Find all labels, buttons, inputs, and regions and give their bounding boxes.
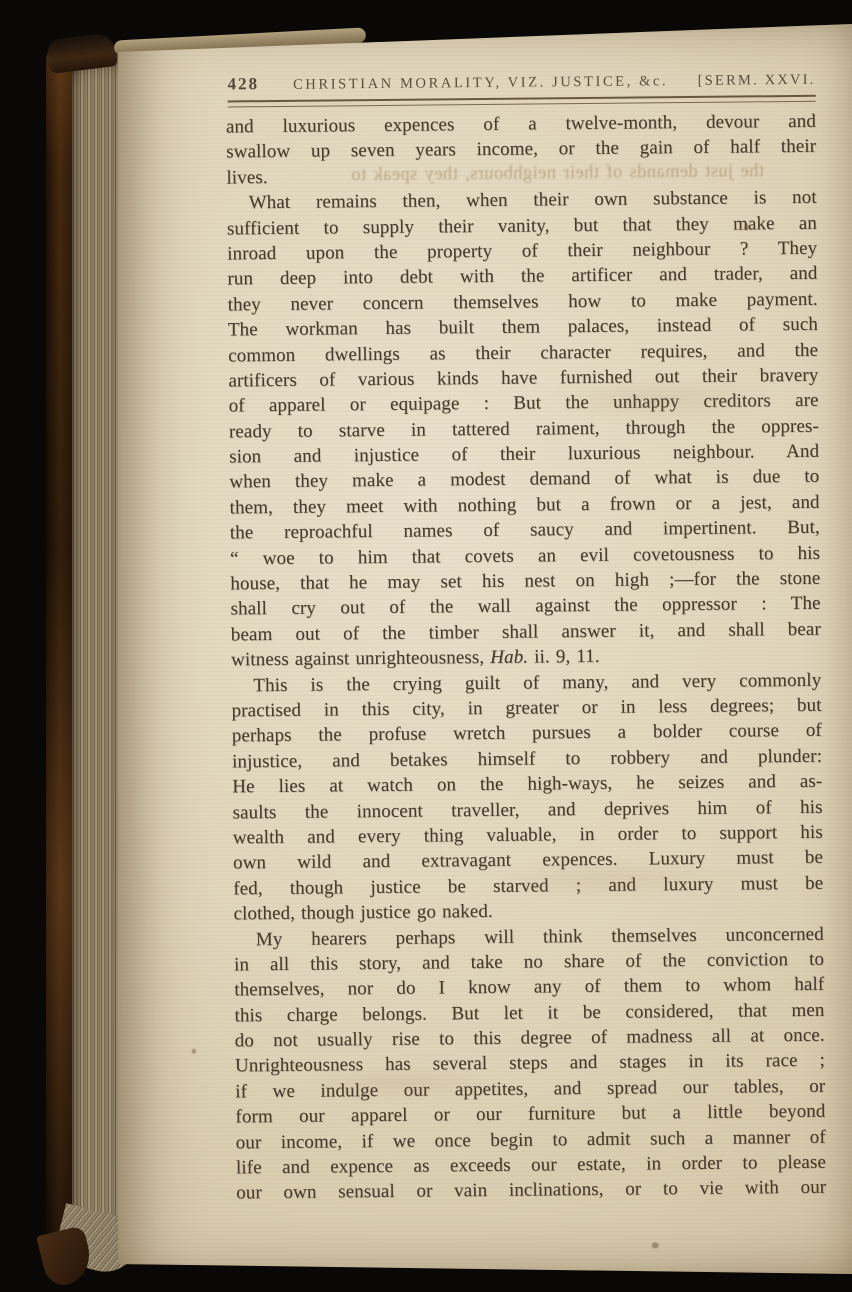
text-line: wealth and every thing valuable, in orde… — [233, 820, 823, 851]
text-segment: do not usually rise to this degree of ma… — [235, 1025, 825, 1052]
showthrough-smudge — [480, 858, 740, 900]
running-header-sermon: [SERM. XXVI. — [698, 72, 816, 90]
text-line: fed, though justice be starved ; and lux… — [233, 870, 823, 901]
text-segment: clothed, though justice go naked. — [233, 901, 492, 924]
text-line: beam out of the timber shall answer it, … — [231, 617, 821, 648]
text-segment: run deep into debt with the artificer an… — [227, 263, 817, 290]
text-line: run deep into debt with the artificer an… — [227, 261, 817, 292]
text-segment: lives. — [226, 167, 267, 188]
text-segment: when they make a modest demand of what i… — [229, 466, 819, 493]
text-line: sufficient to supply their vanity, but t… — [227, 210, 817, 241]
text-line: form our apparel or our furniture but a … — [235, 1099, 825, 1130]
paper-speck — [744, 223, 749, 230]
text-segment: form our apparel or our furniture but a … — [235, 1101, 825, 1128]
text-segment: The workman has built them palaces, inst… — [228, 314, 818, 341]
text-line: life and expence as exceeds our estate, … — [236, 1150, 826, 1181]
text-segment: injustice, and betakes himself to robber… — [232, 746, 822, 773]
text-segment: our own sensual or vain inclinations, or… — [236, 1177, 826, 1204]
paragraph: This is the crying guilt of many, and ve… — [231, 667, 823, 927]
text-segment: artificers of various kinds have furnish… — [228, 365, 818, 392]
paragraph: My hearers perhaps will think themselves… — [234, 921, 827, 1206]
text-segment: “ woe to him that covets an evil covetou… — [230, 542, 820, 569]
text-segment: My hearers perhaps will think themselves… — [256, 923, 824, 949]
text-segment: sion and injustice of their luxurious ne… — [229, 441, 819, 468]
paragraph: and luxurious expences of a twelve-month… — [226, 109, 817, 191]
page-body: and luxurious expences of a twelve-month… — [226, 109, 826, 1206]
text-line: themselves, nor do I know any of them to… — [234, 972, 824, 1003]
paragraph: What remains then, when their own substa… — [227, 185, 822, 673]
header-rule — [228, 95, 816, 108]
text-line: practised in this city, in greater or in… — [231, 693, 821, 724]
paper-speck — [192, 1049, 196, 1054]
text-segment: beam out of the timber shall answer it, … — [231, 619, 821, 646]
text-segment: they never concern themselves how to mak… — [228, 289, 818, 316]
text-line: them, they meet with nothing but a frown… — [230, 490, 820, 521]
text-segment: this charge belongs. But let it be consi… — [234, 999, 824, 1026]
text-line: My hearers perhaps will think themselves… — [234, 921, 824, 952]
text-line: clothed, though justice go naked. — [233, 896, 823, 927]
text-segment: saults the innocent traveller, and depri… — [232, 796, 822, 823]
text-segment: swallow up seven years income, or the ga… — [226, 136, 816, 163]
text-segment: ready to starve in tattered raiment, thr… — [229, 415, 819, 442]
text-line: in all this story, and take no share of … — [234, 947, 824, 978]
text-segment: life and expence as exceeds our estate, … — [236, 1152, 826, 1179]
text-segment: of apparel or equipage : But the unhappy… — [229, 390, 819, 417]
text-segment: if we indulge our appetites, and spread … — [235, 1076, 825, 1103]
text-line: perhaps the profuse wretch pursues a bol… — [232, 718, 822, 749]
running-header: 428 CHRISTIAN MORALITY, VIZ. JUSTICE, &c… — [227, 69, 815, 95]
text-segment: witness against unrighteousness, — [231, 647, 490, 670]
text-segment: own wild and extravagant expences. Luxur… — [233, 847, 823, 874]
text-line: own wild and extravagant expences. Luxur… — [233, 845, 823, 876]
text-segment: the reproachful names of saucy and imper… — [230, 517, 820, 544]
page-edge-stack — [72, 54, 122, 1250]
text-line: our income, if we once begin to admit su… — [236, 1124, 826, 1155]
text-line: house, that he may set his nest on high … — [230, 566, 820, 597]
text-line: What remains then, when their own substa… — [227, 185, 817, 216]
text-segment: He lies at watch on the high-ways, he se… — [232, 771, 822, 798]
text-line: sion and injustice of their luxurious ne… — [229, 439, 819, 470]
text-line: “ woe to him that covets an evil covetou… — [230, 540, 820, 571]
running-header-title: CHRISTIAN MORALITY, VIZ. JUSTICE, &c. — [293, 73, 668, 94]
text-line: artificers of various kinds have furnish… — [228, 363, 818, 394]
book: 428 CHRISTIAN MORALITY, VIZ. JUSTICE, &c… — [0, 0, 852, 1292]
text-line: and luxurious expences of a twelve-month… — [226, 109, 816, 140]
text-line: this charge belongs. But let it be consi… — [234, 997, 824, 1028]
text-segment: What remains then, when their own substa… — [249, 187, 817, 213]
text-line: lives. — [226, 160, 816, 191]
text-segment: shall cry out of the wall against the op… — [231, 593, 821, 620]
page-number: 428 — [227, 74, 259, 94]
text-line: witness against unrighteousness, Hab. ii… — [231, 642, 821, 673]
text-line: they never concern themselves how to mak… — [228, 287, 818, 318]
text-line: of apparel or equipage : But the unhappy… — [229, 388, 819, 419]
text-line: shall cry out of the wall against the op… — [230, 591, 820, 622]
text-line: swallow up seven years income, or the ga… — [226, 134, 816, 165]
text-segment: them, they meet with nothing but a frown… — [230, 492, 820, 519]
text-line: when they make a modest demand of what i… — [229, 464, 819, 495]
text-segment: wealth and every thing valuable, in orde… — [233, 822, 823, 849]
text-segment: sufficient to supply their vanity, but t… — [227, 212, 817, 239]
text-segment: Unrighteousness has several steps and st… — [235, 1050, 825, 1077]
book-page: 428 CHRISTIAN MORALITY, VIZ. JUSTICE, &c… — [118, 18, 852, 1280]
text-line: do not usually rise to this degree of ma… — [235, 1023, 825, 1054]
text-line: if we indulge our appetites, and spread … — [235, 1074, 825, 1105]
text-line: Unrighteousness has several steps and st… — [235, 1048, 825, 1079]
text-segment: common dwellings as their character requ… — [228, 339, 818, 366]
text-line: inroad upon the property of their neighb… — [227, 236, 817, 267]
text-line: saults the innocent traveller, and depri… — [232, 794, 822, 825]
showthrough-smudge — [302, 1064, 502, 1102]
showthrough-smudge — [535, 375, 775, 423]
text-segment: themselves, nor do I know any of them to… — [234, 974, 824, 1001]
paper-speck — [652, 1242, 659, 1248]
text-segment: in all this story, and take no share of … — [234, 949, 824, 976]
text-line: The workman has built them palaces, inst… — [228, 312, 818, 343]
text-line: He lies at watch on the high-ways, he se… — [232, 769, 822, 800]
text-segment: practised in this city, in greater or in… — [231, 695, 821, 722]
text-segment: perhaps the profuse wretch pursues a bol… — [232, 720, 822, 747]
text-segment: our income, if we once begin to admit su… — [236, 1126, 826, 1153]
text-segment: ii. 9, 11. — [528, 646, 600, 668]
text-line: our own sensual or vain inclinations, or… — [236, 1175, 826, 1206]
text-segment: fed, though justice be starved ; and lux… — [233, 872, 823, 899]
text-segment: inroad upon the property of their neighb… — [227, 238, 817, 265]
ghost-showthrough-text: the just demands of their neighbours, th… — [299, 161, 815, 187]
book-photo: { "page": { "number": "428", "running_he… — [0, 0, 852, 1292]
text-line: common dwellings as their character requ… — [228, 337, 818, 368]
text-segment: This is the crying guilt of many, and ve… — [253, 669, 821, 695]
text-segment: and luxurious expences of a twelve-month… — [226, 111, 816, 138]
text-line: This is the crying guilt of many, and ve… — [231, 667, 821, 698]
text-line: ready to starve in tattered raiment, thr… — [229, 413, 819, 444]
page-content: 428 CHRISTIAN MORALITY, VIZ. JUSTICE, &c… — [112, 15, 852, 1284]
text-line: injustice, and betakes himself to robber… — [232, 744, 822, 775]
text-segment: house, that he may set his nest on high … — [230, 568, 820, 595]
text-line: the reproachful names of saucy and imper… — [230, 515, 820, 546]
scripture-reference: Hab. — [490, 647, 528, 668]
